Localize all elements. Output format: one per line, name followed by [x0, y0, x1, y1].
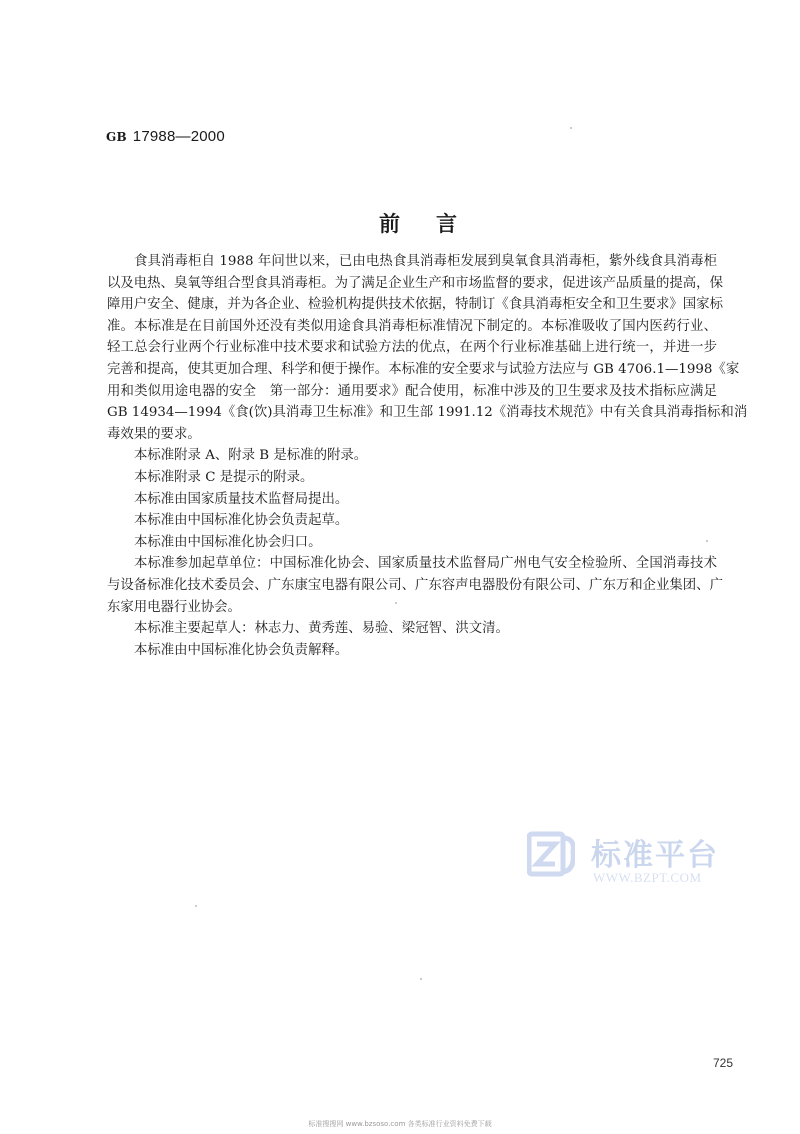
scan-speck: [195, 905, 197, 907]
page-number: 725: [713, 1056, 733, 1070]
standard-code: GB17988—2000: [106, 128, 225, 145]
centralized-org-note: 本标准由中国标准化协会归口。: [107, 532, 717, 554]
text-line: 障用户安全、健康，并为各企业、检验机构提供技术依据，特制订《食具消毒柜安全和卫生…: [107, 294, 717, 316]
text-line: 以及电热、臭氧等组合型食具消毒柜。为了满足企业生产和市场监督的要求，促进该产品质…: [107, 273, 717, 295]
text-line: 食具消毒柜自 1988 年问世以来，已由电热食具消毒柜发展到臭氧食具消毒柜，紫外…: [107, 251, 717, 273]
text-line: 本标准参加起草单位：中国标准化协会、国家质量技术监督局广州电气安全检验所、全国消…: [107, 553, 717, 575]
standard-number: 17988—2000: [133, 128, 225, 145]
watermark-url: WWW.BZPT.COM: [593, 870, 702, 886]
text-line: 与设备标准化技术委员会、广东康宝电器有限公司、广东容声电器股份有限公司、广东万和…: [107, 575, 717, 597]
proposer-note: 本标准由国家质量技术监督局提出。: [107, 489, 717, 511]
scan-speck: [395, 602, 397, 604]
text-line: GB 14934—1994《食(饮)具消毒卫生标准》和卫生部 1991.12《消…: [107, 402, 717, 424]
drafters-note: 本标准主要起草人：林志力、黄秀莲、易验、梁冠智、洪文清。: [107, 618, 717, 640]
appendix-informative-note: 本标准附录 C 是提示的附录。: [107, 467, 717, 489]
gb-prefix: GB: [106, 130, 127, 144]
scan-speck: [570, 127, 572, 129]
footer-source: 标准搜搜网 www.bzsoso.com 各类标准行业资料免费下载: [0, 1119, 800, 1129]
scan-speck: [420, 978, 422, 980]
text-line: 准。本标准是在目前国外还没有类似用途食具消毒柜标准情况下制定的。本标准吸收了国内…: [107, 316, 717, 338]
drafting-org-note: 本标准由中国标准化协会负责起草。: [107, 510, 717, 532]
text-line: 用和类似用途电器的安全 第一部分：通用要求》配合使用，标准中涉及的卫生要求及技术…: [107, 381, 717, 403]
watermark-text: 标准平台: [591, 830, 719, 874]
text-line: 东家用电器行业协会。: [107, 597, 717, 619]
watermark: 标准平台 WWW.BZPT.COM: [527, 828, 727, 888]
page-title: 前言: [0, 208, 800, 238]
drafting-units-paragraph: 本标准参加起草单位：中国标准化协会、国家质量技术监督局广州电气安全检验所、全国消…: [107, 553, 717, 618]
text-line: 毒效果的要求。: [107, 424, 717, 446]
intro-paragraph: 食具消毒柜自 1988 年问世以来，已由电热食具消毒柜发展到臭氧食具消毒柜，紫外…: [107, 251, 717, 445]
document-body: 食具消毒柜自 1988 年问世以来，已由电热食具消毒柜发展到臭氧食具消毒柜，紫外…: [107, 251, 717, 661]
text-line: 完善和提高，使其更加合理、科学和便于操作。本标准的安全要求与试验方法应与 GB …: [107, 359, 717, 381]
appendix-normative-note: 本标准附录 A、附录 B 是标准的附录。: [107, 445, 717, 467]
text-line: 轻工总会行业两个行业标准中技术要求和试验方法的优点，在两个行业标准基础上进行统一…: [107, 337, 717, 359]
scan-speck: [706, 540, 708, 542]
bzpt-logo-icon: [527, 830, 575, 878]
interpretation-note: 本标准由中国标准化协会负责解释。: [107, 640, 717, 662]
